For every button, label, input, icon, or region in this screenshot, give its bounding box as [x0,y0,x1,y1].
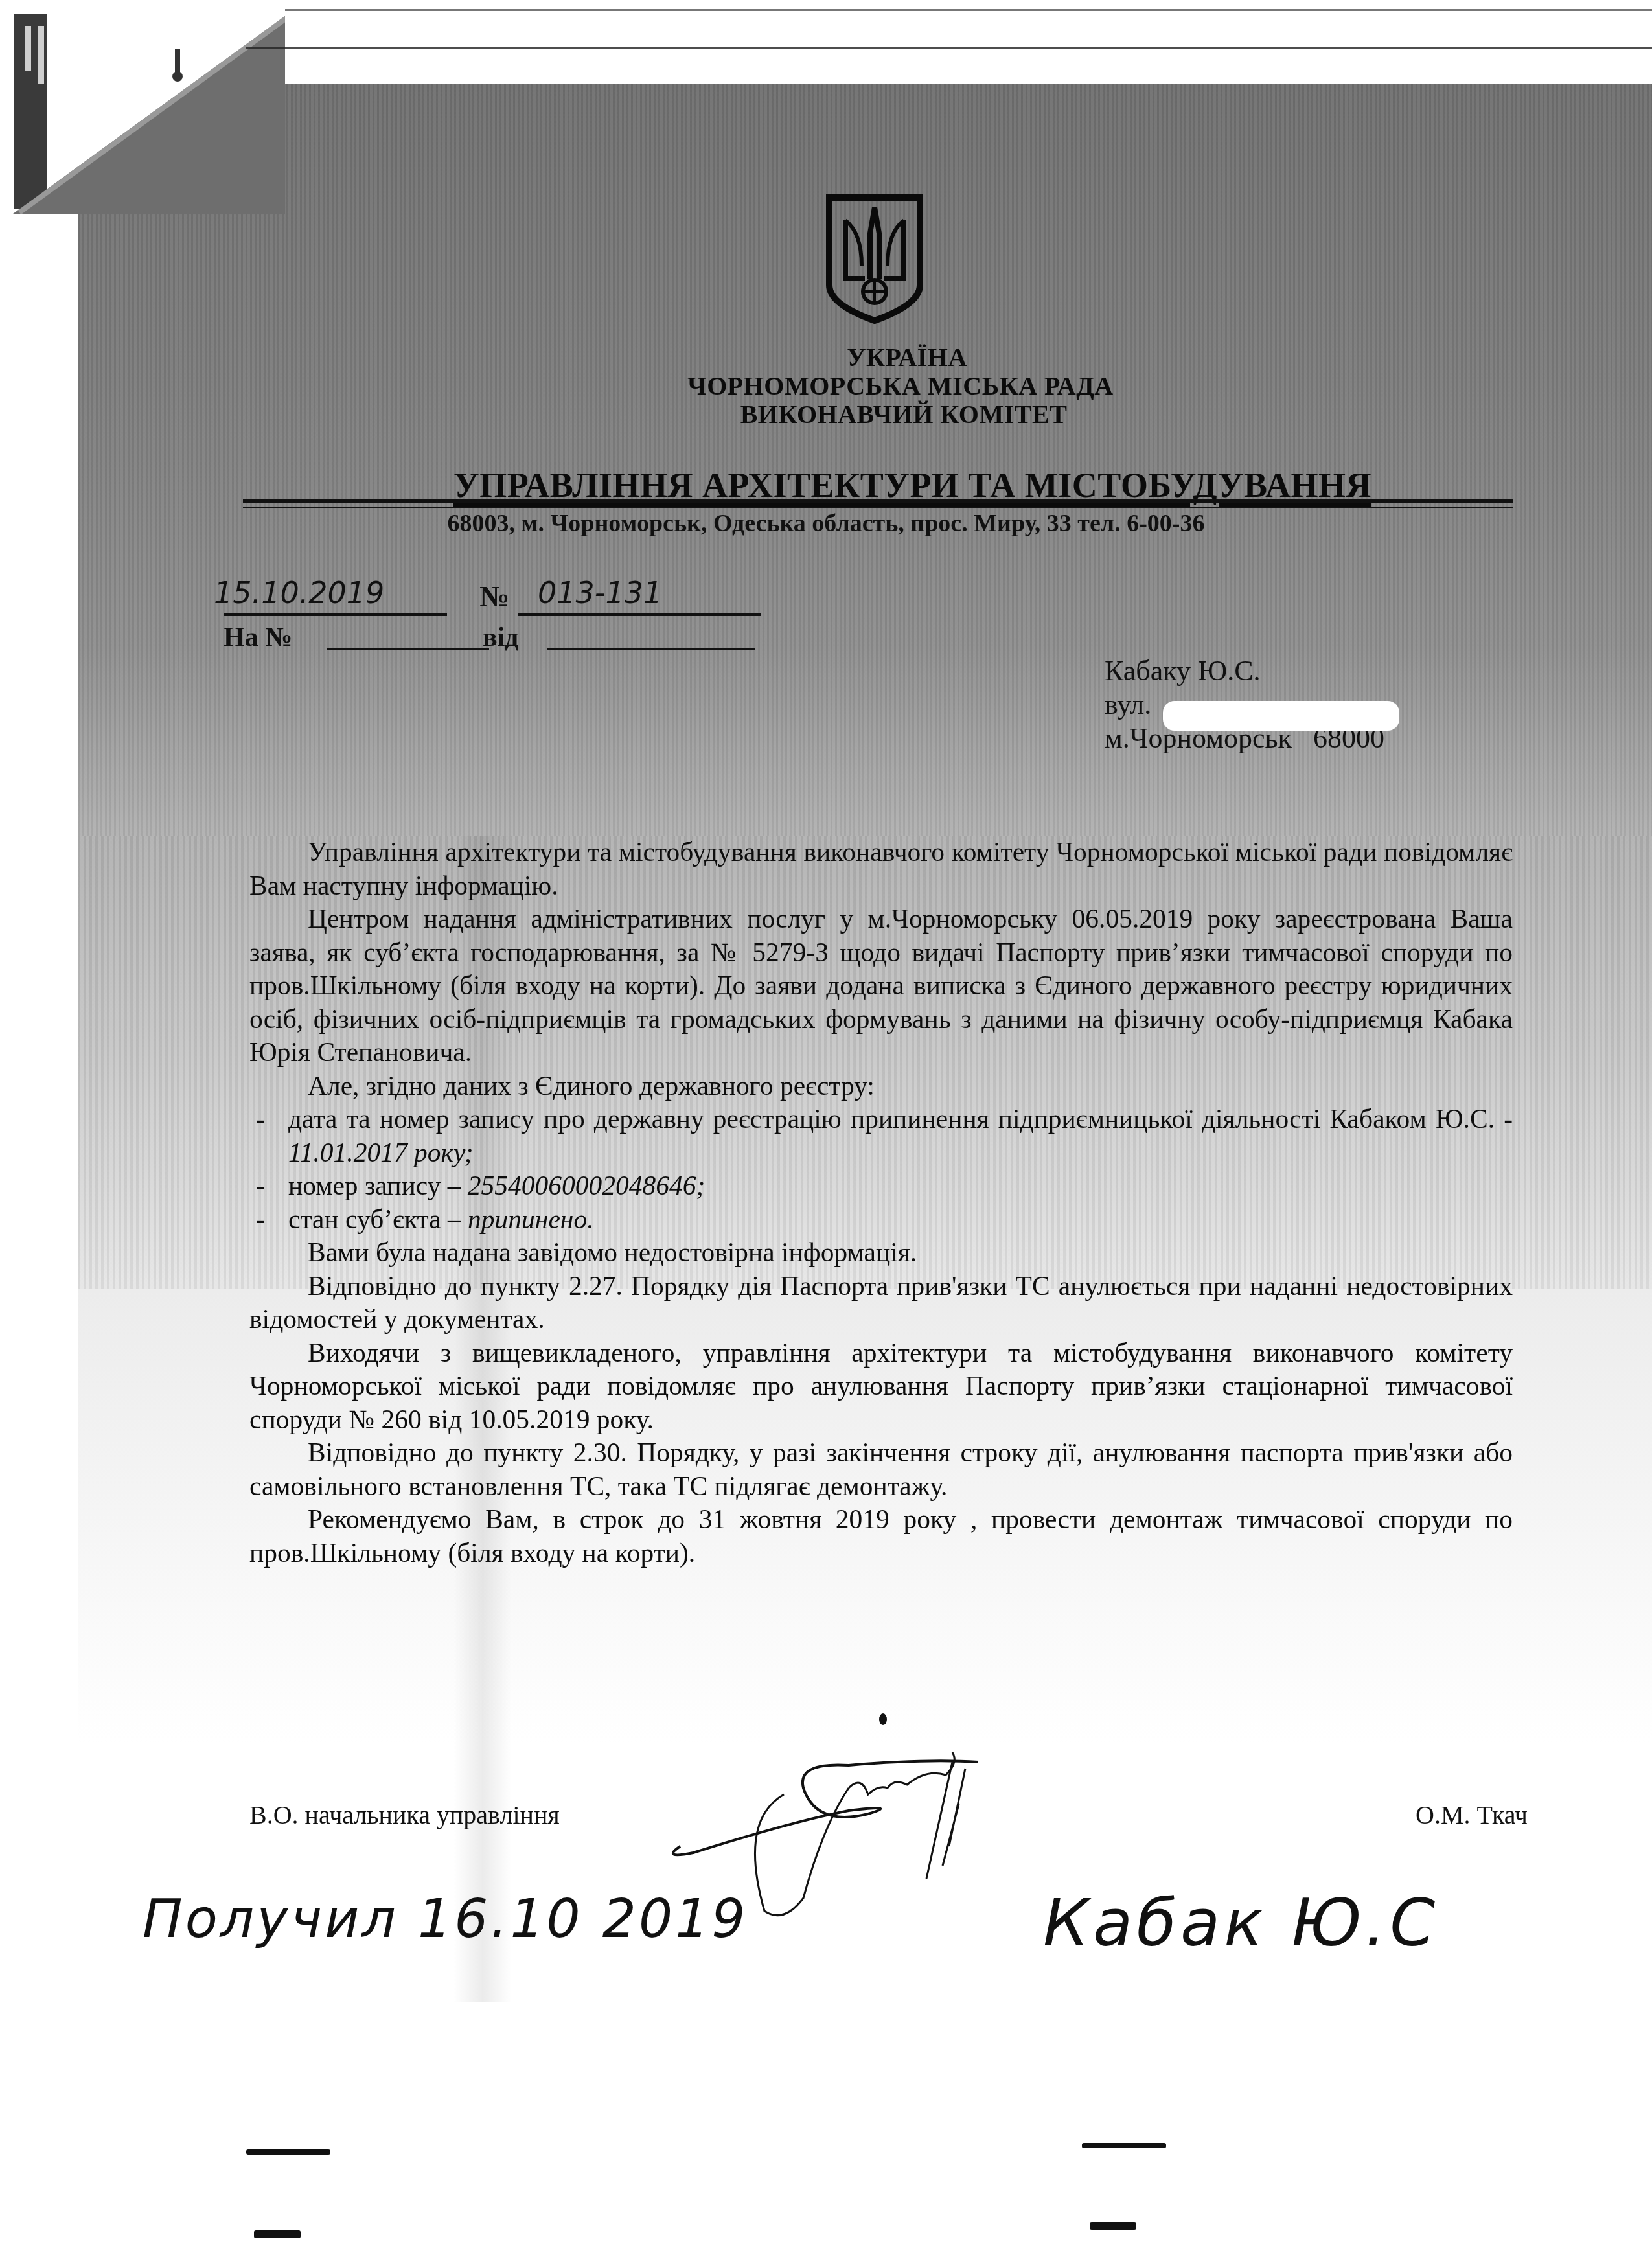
paragraph-cancellation: Виходячи з вищевикладеного, управління а… [249,1336,1513,1437]
bullet: - [256,1203,265,1237]
header-committee: ВИКОНАВЧИЙ КОМІТЕТ [78,400,1652,429]
paragraph-clause-230: Відповідно до пункту 2.30. Порядку, у ра… [249,1436,1513,1503]
scan-mark [1090,2222,1136,2230]
department-address: 68003, м. Чорноморськ, Одеська область, … [0,509,1652,538]
paragraph-clause-227: Відповідно до пункту 2.27. Порядку дія П… [249,1270,1513,1336]
list-item-value: 25540060002048646; [468,1171,706,1200]
handwritten-received-note: Получил 16.10 2019 [143,1888,748,1950]
registration-date-line [224,613,447,616]
list-item-text: дата та номер запису про державну реєстр… [288,1104,1513,1134]
reference-date-line [547,648,755,650]
recipient-name: Кабаку Ю.С. [1105,654,1384,688]
ink-dot [879,1713,887,1725]
reference-number-label: На № [224,622,292,653]
page-fold-line [246,47,1652,49]
trident-coat-of-arms-icon [826,194,923,324]
letter-body: Управління архітектури та містобудування… [249,836,1513,1570]
page-edge [285,9,1652,11]
registration-number-label: № [479,579,509,613]
bullet: - [256,1103,265,1136]
list-item-value: 11.01.2017 року; [288,1138,474,1167]
signatory-name: О.М. Ткач [1416,1800,1528,1830]
registry-facts-list: - дата та номер запису про державну реєс… [249,1103,1513,1236]
list-item: - стан суб’єкта – припинено. [249,1203,1513,1237]
paragraph-false-info: Вами була надана завідомо недостовірна і… [249,1236,1513,1270]
header-country: УКРАЇНА [81,343,1652,372]
paragraph-registry: Але, згідно даних з Єдиного державного р… [249,1070,1513,1103]
list-item: - дата та номер запису про державну реєс… [249,1103,1513,1169]
list-item-value: припинено. [468,1204,593,1234]
list-item: - номер запису – 25540060002048646; [249,1169,1513,1203]
reference-number-line [327,648,489,650]
paragraph-application: Центром надання адміністративних послуг … [249,902,1513,1070]
registration-number: 013-131 [538,575,662,610]
registration-number-line [518,613,761,616]
scan-mark [1082,2143,1166,2148]
scan-mark [254,2230,301,2238]
header-divider [243,499,1513,503]
redacted-address [1163,701,1399,731]
bullet: - [256,1169,265,1203]
list-item-text: номер запису – [288,1171,468,1200]
header-divider-thin [243,507,1513,508]
header-council: ЧОРНОМОРСЬКА МІСЬКА РАДА [75,372,1652,400]
list-item-text: стан суб’єкта – [288,1204,468,1234]
signatory-role: В.О. начальника управління [249,1800,560,1830]
paragraph-intro: Управління архітектури та містобудування… [249,836,1513,902]
folded-corner-icon [13,6,285,214]
paragraph-recommendation: Рекомендуємо Вам, в строк до 31 жовтня 2… [249,1503,1513,1570]
scan-mark [246,2149,330,2155]
handwritten-recipient-signature: Кабак Ю.С [1043,1885,1439,1961]
registration-date: 15.10.2019 [214,575,384,610]
